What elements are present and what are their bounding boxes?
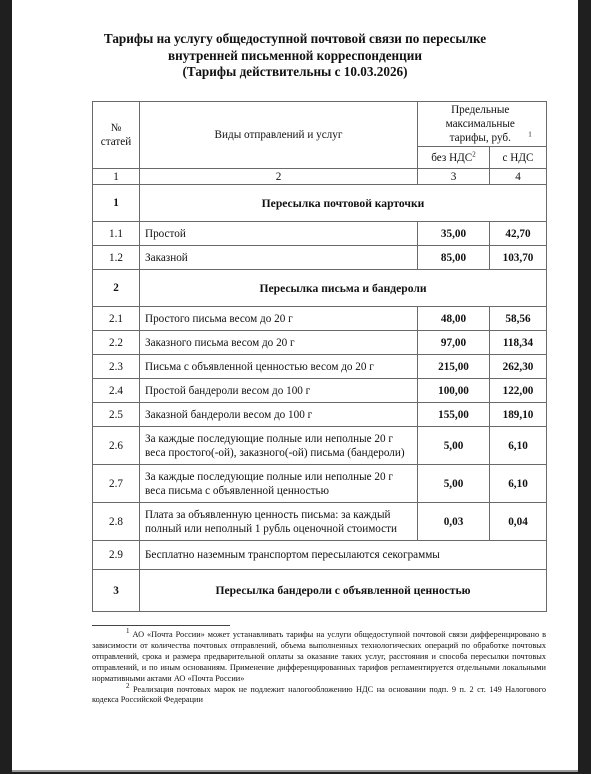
row-no: 1.1 xyxy=(93,222,140,246)
tariffs-table: № статей Виды отправлений и услуг Предел… xyxy=(92,101,547,612)
table-row: 2.1Простого письма весом до 20 г48,0058,… xyxy=(93,307,547,331)
column-index-3: 3 xyxy=(418,169,490,185)
title-line-2: внутренней письменной корреспонденции xyxy=(12,48,578,65)
section-title: Пересылка почтовой карточки xyxy=(140,185,547,222)
section-row: 3Пересылка бандероли с объявленной ценно… xyxy=(93,570,547,612)
price-without-vat: 97,00 xyxy=(418,331,490,355)
header-with-vat: с НДС xyxy=(490,147,547,169)
footnotes: 1 АО «Почта России» может устанавливать … xyxy=(92,630,546,706)
price-without-vat: 155,00 xyxy=(418,403,490,427)
table-row: 1.2Заказной85,00103,70 xyxy=(93,246,547,270)
table-header-row: № статей Виды отправлений и услуг Предел… xyxy=(93,102,547,147)
title-line-1: Тарифы на услугу общедоступной почтовой … xyxy=(12,31,578,48)
table-row: 2.3Письма с объявленной ценностью весом … xyxy=(93,355,547,379)
section-no: 1 xyxy=(93,185,140,222)
row-name: За каждые последующие полные или неполны… xyxy=(140,427,418,465)
row-no: 2.7 xyxy=(93,465,140,503)
price-with-vat: 6,10 xyxy=(490,465,547,503)
table-row: 2.8Плата за объявленную ценность письма:… xyxy=(93,503,547,541)
price-with-vat: 42,70 xyxy=(490,222,547,246)
price-with-vat: 262,30 xyxy=(490,355,547,379)
row-name: Бесплатно наземным транспортом пересылаю… xyxy=(140,541,547,570)
price-with-vat: 118,34 xyxy=(490,331,547,355)
footnote-ref-2[interactable]: 2 xyxy=(472,150,476,158)
footnote-ref-1[interactable]: 1 xyxy=(528,130,532,138)
price-without-vat: 48,00 xyxy=(418,307,490,331)
row-no: 2.1 xyxy=(93,307,140,331)
price-without-vat: 215,00 xyxy=(418,355,490,379)
row-no: 2.8 xyxy=(93,503,140,541)
row-no: 2.5 xyxy=(93,403,140,427)
column-index-row: 1 2 3 4 xyxy=(93,169,547,185)
row-no: 1.2 xyxy=(93,246,140,270)
price-without-vat: 100,00 xyxy=(418,379,490,403)
row-name: За каждые последующие полные или неполны… xyxy=(140,465,418,503)
row-name: Простой бандероли весом до 100 г xyxy=(140,379,418,403)
price-without-vat: 5,00 xyxy=(418,427,490,465)
footnote-1: 1 АО «Почта России» может устанавливать … xyxy=(92,630,546,685)
row-no: 2.2 xyxy=(93,331,140,355)
row-name: Заказной xyxy=(140,246,418,270)
price-with-vat: 103,70 xyxy=(490,246,547,270)
footnote-separator xyxy=(92,625,230,626)
footnote-2: 2 Реализация почтовых марок не подлежит … xyxy=(92,685,546,707)
document-page: Тарифы на услугу общедоступной почтовой … xyxy=(12,0,578,772)
table-row: 2.7За каждые последующие полные или непо… xyxy=(93,465,547,503)
price-with-vat: 0,04 xyxy=(490,503,547,541)
section-row: 2Пересылка письма и бандероли xyxy=(93,270,547,307)
section-title: Пересылка письма и бандероли xyxy=(140,270,547,307)
footnote-1-text: АО «Почта России» может устанавливать та… xyxy=(92,630,546,683)
column-index-4: 4 xyxy=(490,169,547,185)
header-without-vat: без НДС2 xyxy=(418,147,490,169)
header-without-vat-text: без НДС xyxy=(431,152,472,164)
section-no: 3 xyxy=(93,570,140,612)
price-with-vat: 189,10 xyxy=(490,403,547,427)
table-row: 2.2Заказного письма весом до 20 г97,0011… xyxy=(93,331,547,355)
footnote-mark-2: 2 xyxy=(126,682,130,690)
row-name: Плата за объявленную ценность письма: за… xyxy=(140,503,418,541)
table-row: 1.1Простой35,0042,70 xyxy=(93,222,547,246)
table-row: 2.9Бесплатно наземным транспортом пересы… xyxy=(93,541,547,570)
price-without-vat: 0,03 xyxy=(418,503,490,541)
price-with-vat: 6,10 xyxy=(490,427,547,465)
price-with-vat: 58,56 xyxy=(490,307,547,331)
section-row: 1Пересылка почтовой карточки xyxy=(93,185,547,222)
row-no: 2.3 xyxy=(93,355,140,379)
table-row: 2.4Простой бандероли весом до 100 г100,0… xyxy=(93,379,547,403)
row-name: Простого письма весом до 20 г xyxy=(140,307,418,331)
header-shipment-type: Виды отправлений и услуг xyxy=(140,102,418,169)
price-without-vat: 85,00 xyxy=(418,246,490,270)
table-row: 2.5Заказной бандероли весом до 100 г155,… xyxy=(93,403,547,427)
price-with-vat: 122,00 xyxy=(490,379,547,403)
column-index-2: 2 xyxy=(140,169,418,185)
header-article-no-text: № статей xyxy=(98,121,134,149)
header-max-tariffs: Предельные максимальные тарифы, руб.1 xyxy=(418,102,547,147)
row-no: 2.9 xyxy=(93,541,140,570)
section-title: Пересылка бандероли с объявленной ценнос… xyxy=(140,570,547,612)
price-without-vat: 5,00 xyxy=(418,465,490,503)
title-line-3: (Тарифы действительны с 10.03.2026) xyxy=(12,64,578,81)
row-name: Заказного письма весом до 20 г xyxy=(140,331,418,355)
column-index-1: 1 xyxy=(93,169,140,185)
row-name: Письма с объявленной ценностью весом до … xyxy=(140,355,418,379)
row-name: Простой xyxy=(140,222,418,246)
section-no: 2 xyxy=(93,270,140,307)
footnote-mark-1: 1 xyxy=(126,627,130,635)
price-without-vat: 35,00 xyxy=(418,222,490,246)
row-name: Заказной бандероли весом до 100 г xyxy=(140,403,418,427)
header-article-no: № статей xyxy=(93,102,140,169)
footnote-2-text: Реализация почтовых марок не подлежит на… xyxy=(92,685,546,705)
document-title: Тарифы на услугу общедоступной почтовой … xyxy=(12,31,578,81)
row-no: 2.4 xyxy=(93,379,140,403)
header-max-tariffs-text: Предельные максимальные тарифы, руб. xyxy=(432,103,528,145)
table-row: 2.6За каждые последующие полные или непо… xyxy=(93,427,547,465)
row-no: 2.6 xyxy=(93,427,140,465)
